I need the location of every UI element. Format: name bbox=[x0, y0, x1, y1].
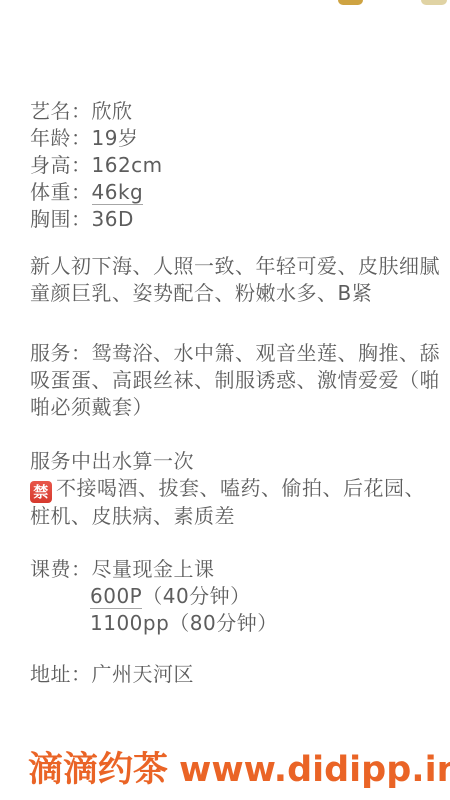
listing-screenshot: 艺名：欣欣 年龄：19岁 身高：162cm 体重：46kg 胸围：36D 新人初… bbox=[0, 0, 450, 800]
fees-header: 课费：尽量现金上课 bbox=[30, 556, 432, 583]
watermark: 滴滴约茶www.didipp.info bbox=[28, 742, 450, 792]
services-block: 服务：鸳鸯浴、水中箫、观音坐莲、胸推、舔 吸蛋蛋、高跟丝袜、制服诱惑、激情爱爱（… bbox=[30, 340, 432, 421]
profile-value-underlined: 46kg bbox=[92, 180, 144, 205]
profile-label: 年龄： bbox=[30, 126, 92, 150]
address-line: 地址：广州天河区 bbox=[30, 661, 432, 688]
profile-row-bust: 胸围：36D bbox=[30, 206, 432, 233]
address-label: 地址： bbox=[30, 662, 92, 686]
fees-block: 课费：尽量现金上课 600P（40分钟） 1100pp（80分钟） bbox=[30, 556, 432, 637]
fees-price-1: 600P（40分钟） bbox=[30, 583, 432, 610]
address-block: 地址：广州天河区 bbox=[30, 661, 432, 688]
profile-value: 欣欣 bbox=[92, 99, 133, 123]
rules-ban-text: 不接喝酒、拔套、嗑药、偷拍、后花园、 bbox=[56, 476, 425, 500]
profile-label: 身高： bbox=[30, 153, 92, 177]
profile-label: 艺名： bbox=[30, 99, 92, 123]
description-line: 童颜巨乳、姿势配合、粉嫩水多、B紧 bbox=[30, 280, 432, 307]
profile-row-age: 年龄：19岁 bbox=[30, 125, 432, 152]
profile-value: 162cm bbox=[92, 153, 163, 177]
profile-label: 体重： bbox=[30, 180, 92, 204]
description-block: 新人初下海、人照一致、年轻可爱、皮肤细腻 童颜巨乳、姿势配合、粉嫩水多、B紧 bbox=[30, 253, 432, 307]
description-line: 新人初下海、人照一致、年轻可爱、皮肤细腻 bbox=[30, 253, 432, 280]
prohibited-badge-icon: 禁 bbox=[30, 481, 52, 503]
watermark-brand: 滴滴约茶 bbox=[28, 750, 168, 790]
services-line: 服务：鸳鸯浴、水中箫、观音坐莲、胸推、舔 bbox=[30, 340, 432, 367]
listing-text: 艺名：欣欣 年龄：19岁 身高：162cm 体重：46kg 胸围：36D 新人初… bbox=[30, 98, 432, 688]
rules-ban-line: 禁不接喝酒、拔套、嗑药、偷拍、后花园、 bbox=[30, 475, 432, 503]
cropped-gold-emoji-fragment-icon bbox=[338, 0, 363, 5]
profile-row-height: 身高：162cm bbox=[30, 152, 432, 179]
fees-price-2: 1100pp（80分钟） bbox=[30, 610, 432, 637]
rules-ban-line-2: 桩机、皮肤病、素质差 bbox=[30, 503, 432, 530]
fees-price-1-duration: （40分钟） bbox=[142, 584, 250, 608]
profile-block: 艺名：欣欣 年龄：19岁 身高：162cm 体重：46kg 胸围：36D bbox=[30, 98, 432, 233]
profile-value: 19岁 bbox=[92, 126, 139, 150]
services-line: 吸蛋蛋、高跟丝袜、制服诱惑、激情爱爱（啪 bbox=[30, 367, 432, 394]
address-value: 广州天河区 bbox=[92, 662, 195, 686]
profile-label: 胸围： bbox=[30, 207, 92, 231]
fees-value: 尽量现金上课 bbox=[92, 557, 215, 581]
rules-note-line: 服务中出水算一次 bbox=[30, 448, 432, 475]
fees-price-1-amount: 600P bbox=[90, 584, 142, 609]
profile-row-stage-name: 艺名：欣欣 bbox=[30, 98, 432, 125]
profile-value: 36D bbox=[92, 207, 134, 231]
services-line: 啪必须戴套） bbox=[30, 394, 432, 421]
cropped-pale-emoji-fragment-icon bbox=[421, 0, 447, 5]
fees-label: 课费： bbox=[30, 557, 92, 581]
profile-row-weight: 体重：46kg bbox=[30, 179, 432, 206]
watermark-url: www.didipp.info bbox=[179, 750, 450, 790]
rules-block: 服务中出水算一次 禁不接喝酒、拔套、嗑药、偷拍、后花园、 桩机、皮肤病、素质差 bbox=[30, 448, 432, 530]
